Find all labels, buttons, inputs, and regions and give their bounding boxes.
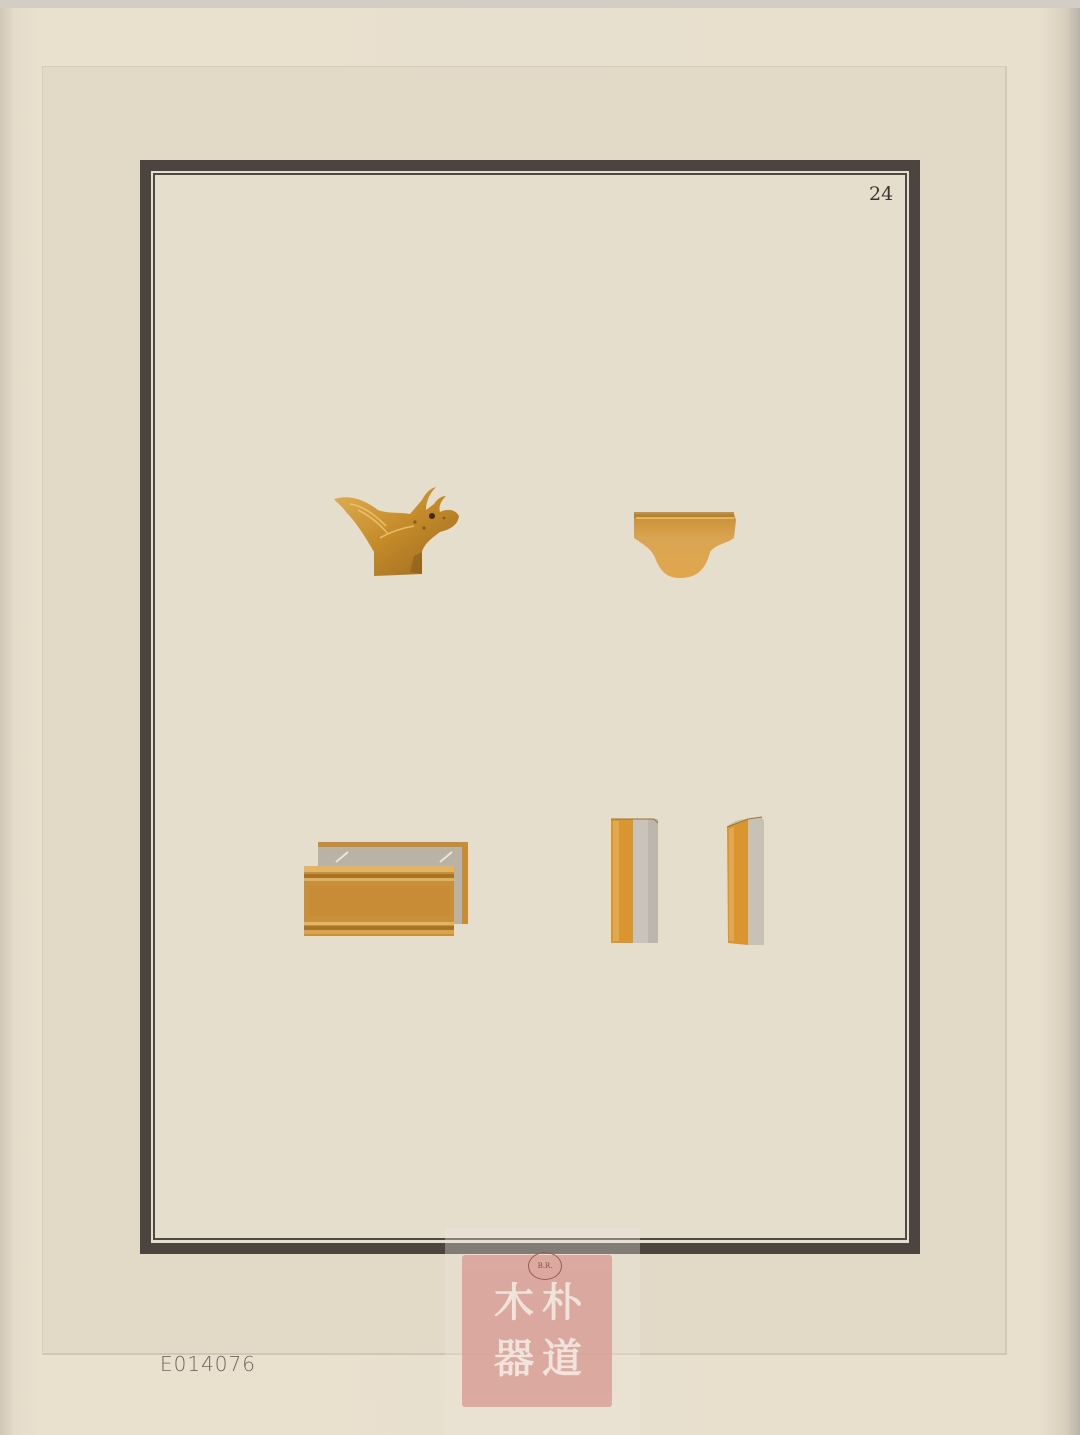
bracket-ornament-illustration: [630, 508, 740, 583]
bar-left-illustration: [608, 815, 668, 947]
accession-number: E014076: [160, 1352, 256, 1376]
page-top-edge: [0, 0, 1080, 8]
plate-frame-inner-border: [153, 173, 907, 1240]
plate-number: 24: [869, 183, 893, 205]
bar-right-illustration: [724, 813, 774, 947]
seal-char-pu: 朴: [542, 1283, 582, 1323]
dragon-head-ornament-illustration: [330, 482, 465, 582]
seal-char-dao: 道: [542, 1339, 582, 1379]
seal-char-qi: 器: [494, 1339, 534, 1379]
molded-box-illustration: [300, 838, 480, 943]
paper-page: 24: [0, 0, 1080, 1435]
library-stamp: B.R.: [528, 1252, 562, 1280]
seal-char-mu: 木: [494, 1283, 534, 1323]
